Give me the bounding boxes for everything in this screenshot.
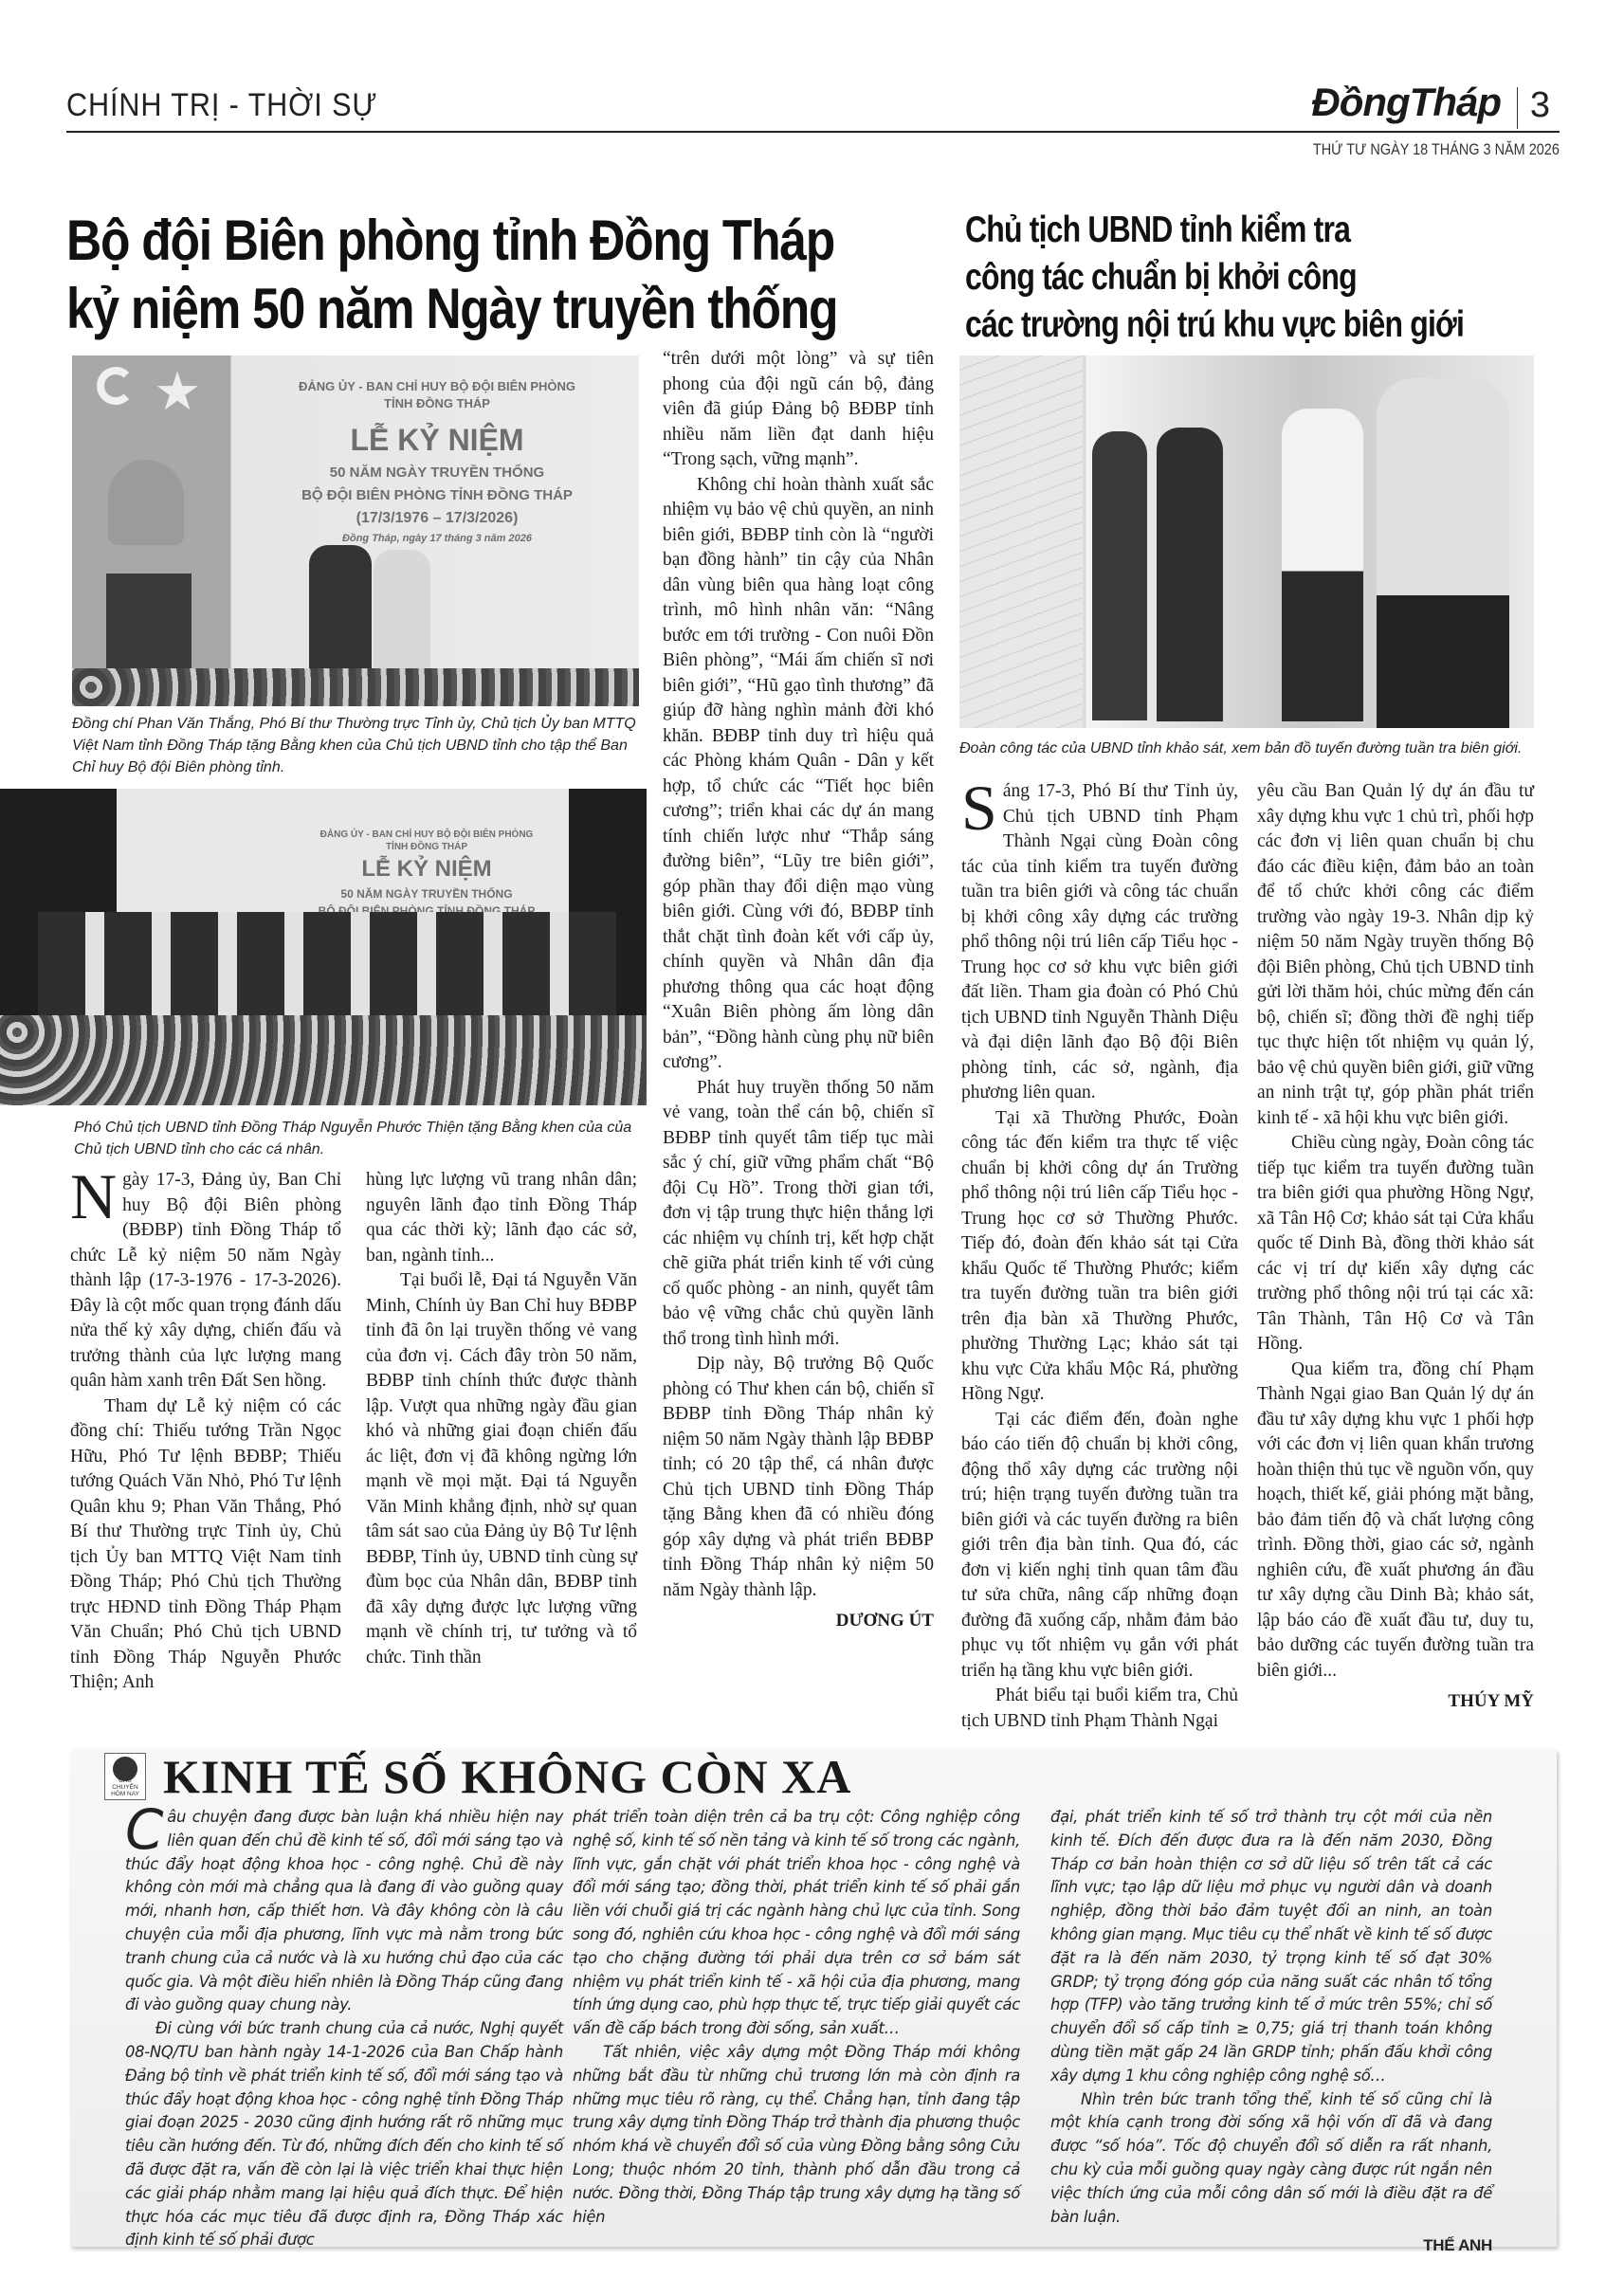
opinion-box: CÂU CHUYỆN HÔM NAY KINH TẾ SỐ KHÔNG CÒN …	[70, 1749, 1557, 2247]
article2-byline: THÚY MỸ	[1257, 1689, 1534, 1715]
star-icon: ★	[154, 361, 201, 423]
article1-byline: DƯƠNG ÚT	[663, 1609, 934, 1634]
article1-paragraph: hùng lực lượng vũ trang nhân dân; nguyên…	[366, 1168, 637, 1268]
paragraph-text: áng 17-3, Phó Bí thư Tỉnh ủy, Chủ tịch U…	[961, 781, 1238, 1102]
issue-date: THỨ TƯ NGÀY 18 THÁNG 3 NĂM 2026	[1313, 140, 1560, 159]
opinion-byline: THẾ ANH	[1050, 2234, 1492, 2258]
opinion-paragraph: phát triển toàn diện trên cả ba trụ cột:…	[573, 1806, 1020, 2041]
header-divider	[1517, 87, 1518, 129]
column-logo-label: CÂU CHUYỆN HÔM NAY	[105, 1777, 145, 1797]
article1-photo-awards: ĐẢNG ỦY - BAN CHỈ HUY BỘ ĐỘI BIÊN PHÒNG …	[0, 789, 647, 1105]
article1-paragraph: Tại buổi lễ, Đại tá Nguyễn Văn Minh, Chí…	[366, 1268, 637, 1670]
banner-text: ĐẢNG ỦY - BAN CHỈ HUY BỘ ĐỘI BIÊN PHÒNG	[284, 829, 569, 841]
paragraph-text: âu chuyện đang được bàn luận khá nhiều h…	[125, 1808, 563, 2014]
dropcap: S	[961, 783, 997, 832]
headline-line: Chủ tịch UBND tỉnh kiểm tra	[965, 207, 1447, 254]
border-map	[959, 355, 1083, 728]
opinion-paragraph: Đi cùng với bức tranh chung của cả nước,…	[125, 2017, 563, 2252]
article2-photo-caption: Đoàn công tác của UBND tỉnh khảo sát, xe…	[959, 738, 1547, 759]
headline-line: Bộ đội Biên phòng tỉnh Đồng Tháp	[66, 207, 800, 275]
banner-text: TỈNH ĐỒNG THÁP	[243, 395, 631, 412]
bust-statue	[108, 460, 184, 545]
opinion-column-1: Câu chuyện đang được bàn luận khá nhiều …	[125, 1806, 563, 2252]
banner-title: LỄ KỶ NIỆM	[243, 418, 631, 462]
banner-text: 50 NĂM NGÀY TRUYỀN THỐNG	[243, 462, 631, 484]
article2-headline: Chủ tịch UBND tỉnh kiểm tra công tác chu…	[965, 207, 1447, 349]
opinion-paragraph: Câu chuyện đang được bàn luận khá nhiều …	[125, 1806, 563, 2017]
dropcap: N	[70, 1172, 117, 1221]
article1-paragraph: “trên dưới một lòng” và sự tiên phong củ…	[663, 347, 934, 473]
banner-text: TỈNH ĐỒNG THÁP	[284, 841, 569, 853]
article2-paragraph: Tại các điểm đến, đoàn nghe báo cáo tiến…	[961, 1408, 1238, 1685]
article1-column-2: hùng lực lượng vũ trang nhân dân; nguyên…	[366, 1168, 637, 1670]
article1-paragraph: Phát huy truyền thống 50 năm vẻ vang, to…	[663, 1076, 934, 1353]
article1-paragraph: Không chỉ hoàn thành xuất sắc nhiệm vụ b…	[663, 473, 934, 1076]
article2-paragraph: Chiều cùng ngày, Đoàn công tác tiếp tục …	[1257, 1131, 1534, 1358]
article1-paragraph: Tham dự Lễ kỷ niệm có các đồng chí: Thiế…	[70, 1394, 341, 1696]
banner-text: Đồng Tháp, ngày 17 tháng 3 năm 2026	[243, 530, 631, 547]
article2-column-1: Sáng 17-3, Phó Bí thư Tỉnh ủy, Chủ tịch …	[961, 779, 1238, 1734]
headline-line: công tác chuẩn bị khởi công	[965, 254, 1447, 301]
article2-paragraph: Sáng 17-3, Phó Bí thư Tỉnh ủy, Chủ tịch …	[961, 779, 1238, 1106]
article2-paragraph: yêu cầu Ban Quản lý dự án đầu tư xây dựn…	[1257, 779, 1534, 1131]
article1-photo2-caption: Phó Chủ tịch UBND tỉnh Đồng Tháp Nguyễn …	[74, 1117, 643, 1160]
opinion-column-3: đại, phát triển kinh tế số trở thành trụ…	[1050, 1806, 1492, 2258]
column-logo: CÂU CHUYỆN HÔM NAY	[104, 1753, 146, 1800]
hammer-sickle-icon	[97, 367, 135, 405]
border-guard-figure	[1157, 428, 1223, 721]
opinion-paragraph: đại, phát triển kinh tế số trở thành trụ…	[1050, 1806, 1492, 2088]
dropcap: C	[125, 1808, 163, 1851]
section-name: CHÍNH TRỊ - THỜI SỰ	[66, 87, 377, 124]
article2-paragraph: Phát biểu tại buổi kiểm tra, Chủ tịch UB…	[961, 1684, 1238, 1734]
opinion-paragraph: Nhìn trên bức tranh tổng thể, kinh tế số…	[1050, 2088, 1492, 2230]
article2-paragraph: Qua kiểm tra, đồng chí Phạm Thành Ngại g…	[1257, 1358, 1534, 1685]
banner-text: ĐẢNG ỦY - BAN CHỈ HUY BỘ ĐỘI BIÊN PHÒNG	[243, 378, 631, 395]
page-number: 3	[1530, 85, 1550, 126]
article1-column-1: Ngày 17-3, Đảng ủy, Ban Chỉ huy Bộ đội B…	[70, 1168, 341, 1696]
page-header: CHÍNH TRỊ - THỜI SỰ ĐồngTháp 3	[66, 83, 1560, 133]
article1-column-3: “trên dưới một lòng” và sự tiên phong củ…	[663, 347, 934, 1634]
banner-text: 50 NĂM NGÀY TRUYỀN THỐNG	[284, 885, 569, 902]
award-recipients-row	[38, 912, 616, 1026]
border-guard-figure	[1092, 431, 1147, 720]
chairman-figure	[1377, 378, 1509, 728]
article2-column-2: yêu cầu Ban Quản lý dự án đầu tư xây dựn…	[1257, 779, 1534, 1715]
article1-photo1-caption: Đồng chí Phan Văn Thắng, Phó Bí thư Thườ…	[72, 713, 641, 778]
article2-photo-inspection	[959, 355, 1534, 728]
flower-arrangement	[72, 668, 639, 706]
banner-title: LỄ KỶ NIỆM	[284, 853, 569, 885]
article2-paragraph: Tại xã Thường Phước, Đoàn công tác đến k…	[961, 1106, 1238, 1408]
official-figure	[1282, 409, 1363, 721]
headline-line: các trường nội trú khu vực biên giới	[965, 301, 1447, 349]
article1-photo-ceremony: ★ ĐẢNG ỦY - BAN CHỈ HUY BỘ ĐỘI BIÊN PHÒN…	[72, 355, 639, 706]
flower-arrangement	[0, 1015, 647, 1105]
article1-paragraph: Dịp này, Bộ trưởng Bộ Quốc phòng có Thư …	[663, 1352, 934, 1603]
opinion-column-2: phát triển toàn diện trên cả ba trụ cột:…	[573, 1806, 1020, 2229]
banner-text: BỘ ĐỘI BIÊN PHÒNG TỈNH ĐỒNG THÁP	[243, 484, 631, 507]
article1-headline: Bộ đội Biên phòng tỉnh Đồng Tháp kỷ niệm…	[66, 207, 800, 343]
banner-text: (17/3/1976 – 17/3/2026)	[243, 507, 631, 530]
newspaper-logo: ĐồngTháp	[1311, 80, 1501, 125]
opinion-title: KINH TẾ SỐ KHÔNG CÒN XA	[163, 1749, 851, 1804]
article1-paragraph: Ngày 17-3, Đảng ủy, Ban Chỉ huy Bộ đội B…	[70, 1168, 341, 1394]
opinion-paragraph: Tất nhiên, việc xây dựng một Đồng Tháp m…	[573, 2041, 1020, 2229]
headline-line: kỷ niệm 50 năm Ngày truyền thống	[66, 275, 800, 343]
